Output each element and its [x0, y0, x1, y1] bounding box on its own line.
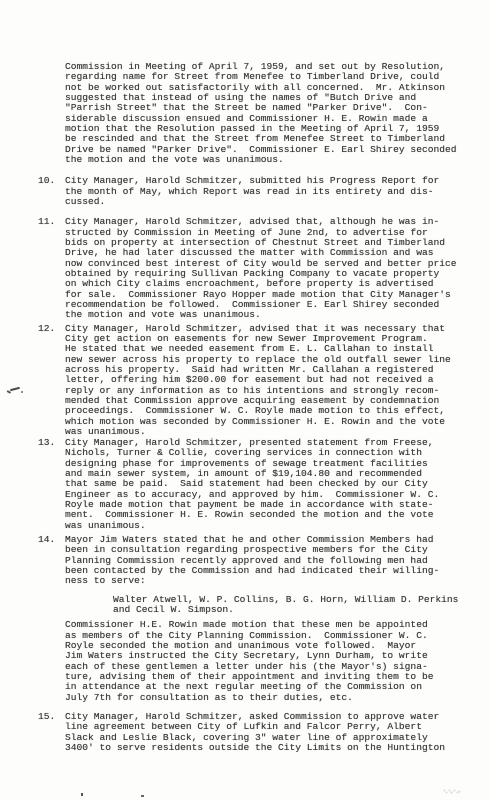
item-text: City Manager, Harold Schmitzer, asked Co… [65, 712, 445, 753]
minutes-item-14-continued: Commissioner H.E. Rowin made motion that… [38, 620, 470, 703]
item-number: 11. [38, 217, 65, 227]
pen-mark-stroke [10, 387, 20, 391]
speck-bottom-left [81, 793, 83, 796]
paragraph-text: Commissioner H.E. Rowin made motion that… [65, 620, 433, 703]
planning-commission-nominees: Walter Atwell, W. P. Collins, B. G. Horn… [38, 595, 470, 616]
item-number: 12. [38, 324, 65, 334]
item-number: 10. [38, 176, 65, 186]
item-text: City Manager, Harold Schmitzer, advised … [65, 324, 451, 438]
item-text: City Manager, Harold Schmitzer, presente… [65, 438, 439, 531]
nominee-names-text: Walter Atwell, W. P. Collins, B. G. Horn… [113, 595, 458, 616]
paragraph-continuation: Commission in Meeting of April 7, 1959, … [38, 62, 470, 165]
minutes-item-11: 11. City Manager, Harold Schmitzer, advi… [38, 217, 470, 320]
pen-mark-left-margin [7, 385, 23, 394]
minutes-page: Commission in Meeting of April 7, 1959, … [0, 0, 490, 800]
minutes-item-12: 12. City Manager, Harold Schmitzer, advi… [38, 324, 470, 438]
paragraph-text: Commission in Meeting of April 7, 1959, … [65, 62, 457, 165]
item-text: Mayor Jim Waters stated that he and othe… [65, 535, 439, 587]
item-number: 15. [38, 712, 65, 722]
minutes-item-13: 13. City Manager, Harold Schmitzer, pres… [38, 438, 470, 531]
minutes-item-15: 15. City Manager, Harold Schmitzer, aske… [38, 712, 470, 753]
minutes-item-10: 10. City Manager, Harold Schmitzer, subm… [38, 176, 470, 207]
item-text: City Manager, Harold Schmitzer, advised … [65, 217, 457, 320]
minutes-item-14: 14. Mayor Jim Waters stated that he and … [38, 535, 470, 587]
pen-mark-dot [21, 391, 23, 393]
item-number: 14. [38, 535, 65, 545]
item-text: City Manager, Harold Schmitzer, submitte… [65, 176, 439, 207]
smudge-bottom-right [443, 788, 444, 789]
item-number: 13. [38, 438, 65, 448]
speck-bottom-center [141, 795, 144, 797]
